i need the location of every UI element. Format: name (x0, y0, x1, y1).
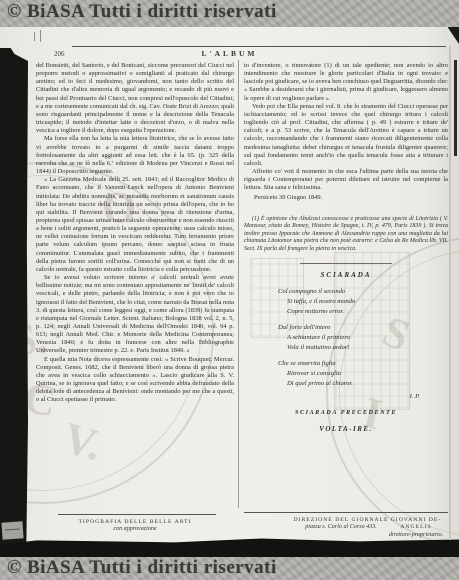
footer-rule-right (244, 512, 448, 513)
watermark-text-bottom: © BiASA Tutti i diritti riservati (7, 557, 277, 579)
dateline: Persiceto 30 Giugno 1849. (244, 194, 448, 202)
poem-line: Ritrovar si consiglia (278, 369, 448, 379)
imprint-owner: GIOVANNI DE-ANGELIS direttore-proprietar… (376, 517, 456, 539)
paragraph: Affretto co' voti il momento in che esca… (244, 168, 448, 192)
scan-mark-right (454, 60, 457, 156)
paragraph: del Bonsietti, del Santorio, e del Bonic… (36, 62, 234, 135)
poem-line: Si tuffa, e il nostro mondo (278, 297, 448, 307)
scan-handwriting-notch (1, 521, 23, 539)
watermark-band-top: © BiASA Tutti i diritti riservati (0, 0, 459, 27)
sciarada-previous-label: SCIARADA PRECEDENTE (244, 409, 448, 417)
paragraph: Vedo poi che Ella pensa nel vol. 8. che … (244, 103, 448, 168)
watermark-text-top: © BiASA Tutti i diritti riservati (7, 1, 277, 23)
poem-line: Copre notturno error. (278, 307, 448, 317)
imprint-printer: TIPOGRAFIA DELLE BELLE ARTI con approvaz… (42, 519, 228, 534)
scan-edge-left (0, 48, 28, 546)
poem-line: Vola il mattutino ardor! (278, 343, 448, 353)
printer-name: TIPOGRAFIA DELLE BELLE ARTI (42, 519, 228, 526)
poem-line: Dal forte dell'intero (278, 323, 448, 333)
paragraph: Ma forse ella non ha letta la mia letter… (36, 135, 234, 176)
owner-name: GIOVANNI DE-ANGELIS (376, 517, 456, 532)
sciarada-solution: VOLTA-IRE. (244, 425, 448, 433)
pencil-tick (34, 32, 35, 41)
page-edge-right (449, 46, 451, 540)
section-separator-rule (300, 263, 392, 264)
pencil-tick (40, 30, 41, 42)
header-rule (72, 46, 446, 47)
paragraph: Se io avessi voluto scrivere intorno a' … (36, 274, 234, 356)
footer-rule-left (58, 514, 216, 515)
owner-title: direttore-proprietario. (376, 532, 456, 539)
scanned-page: O E S. C V. D S I 206 L'ALBUM del Bonsie… (0, 0, 459, 580)
paragraph: « La Gazzetta Medicale delli 25. sett. 1… (36, 176, 234, 274)
sciarada-heading: SCIARADA (244, 271, 448, 279)
poem-line: Che se smarrita figlia (278, 359, 448, 369)
left-column: del Bonsietti, del Santorio, e del Bonic… (36, 62, 234, 510)
right-column: to d'inventore, o rinnovatore (1) di un … (244, 62, 448, 510)
sciarada-stanza-2: Dal forte dell'intero A schiantare il pr… (278, 323, 448, 353)
column-divider (238, 60, 239, 508)
footnote: (1) È opinione che Abulcasi conoscesse e… (244, 216, 448, 254)
paragraph: E quella mia Nota diceva espressamente c… (36, 356, 234, 405)
poem-line: Di quel primo al chiaror. (278, 379, 448, 389)
paragraph: to d'inventore, o rinnovatore (1) di un … (244, 62, 448, 103)
printer-note: con approvazione (42, 526, 228, 533)
sciarada-stanza-1: Col compagno il secondo Si tuffa, e il n… (278, 287, 448, 317)
page-title: L'ALBUM (0, 49, 459, 58)
poem-line: Col compagno il secondo (278, 287, 448, 297)
poem-line: A schiantare il primiero (278, 333, 448, 343)
watermark-band-bottom: © BiASA Tutti i diritti riservati (0, 557, 459, 580)
poem-signature: I. P. (244, 393, 420, 401)
sciarada-stanza-3: Che se smarrita figlia Ritrovar si consi… (278, 359, 448, 389)
